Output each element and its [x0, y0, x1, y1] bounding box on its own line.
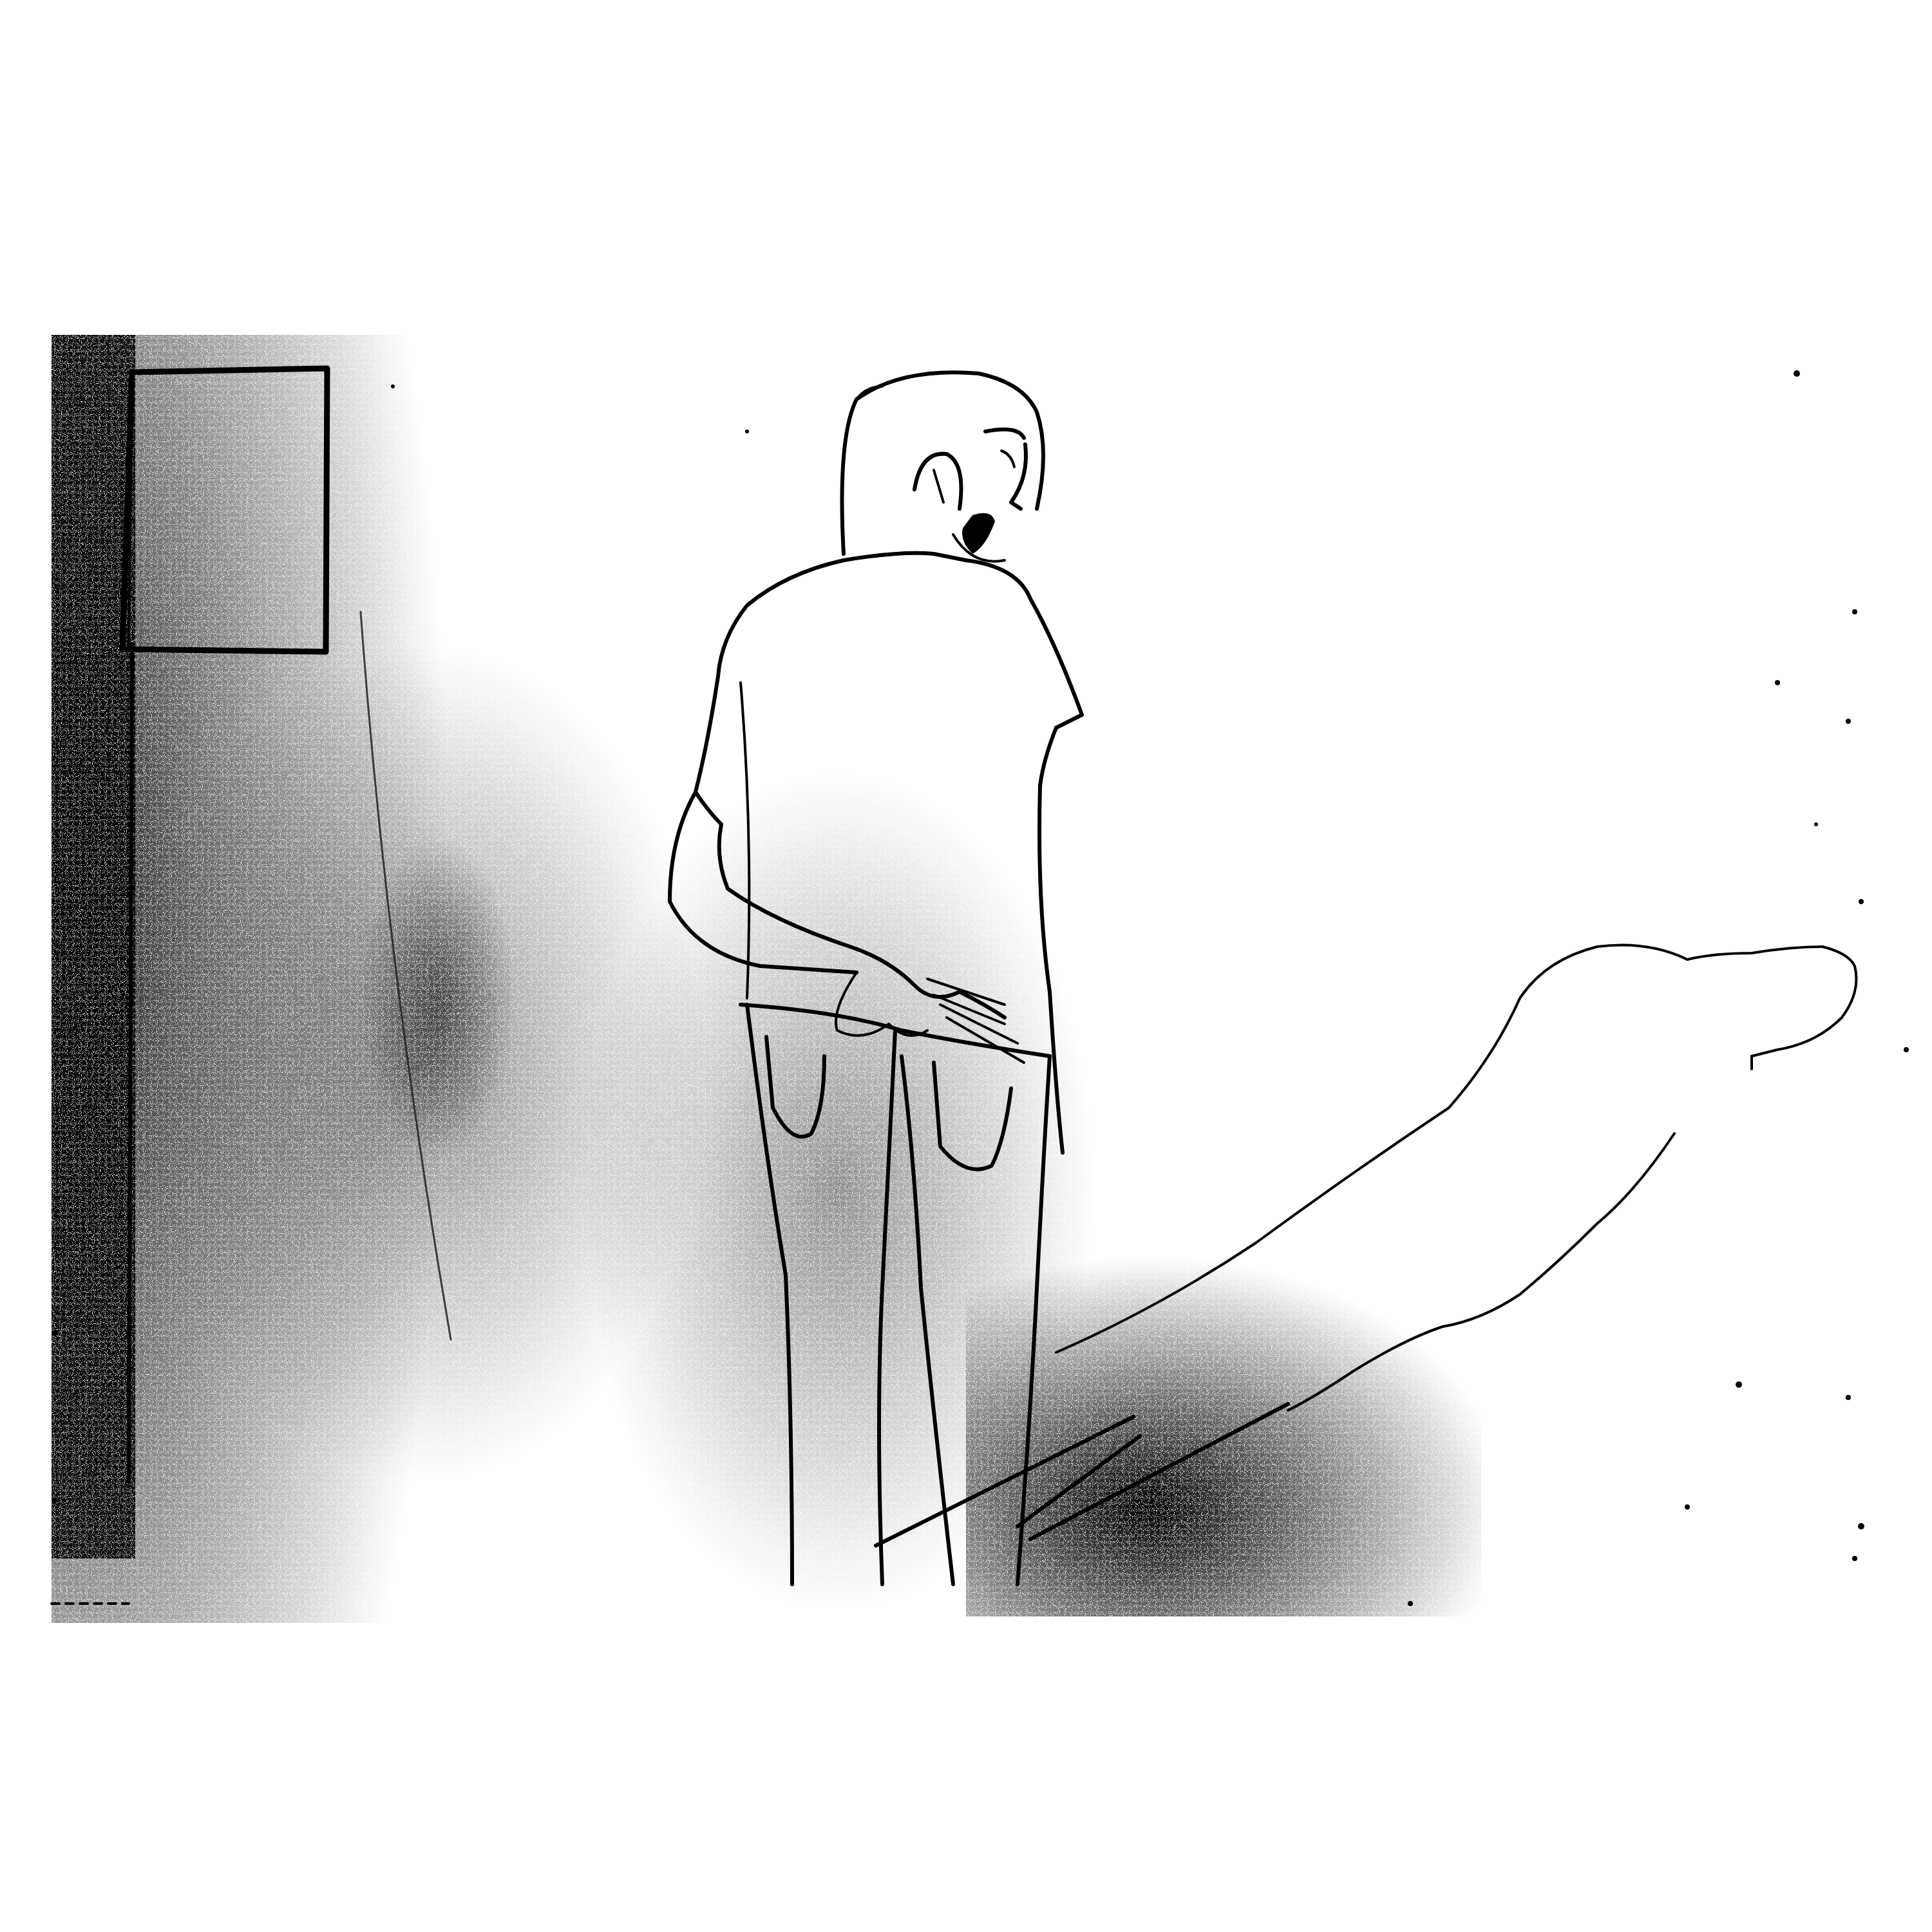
sketch-canvas — [0, 0, 1932, 1932]
